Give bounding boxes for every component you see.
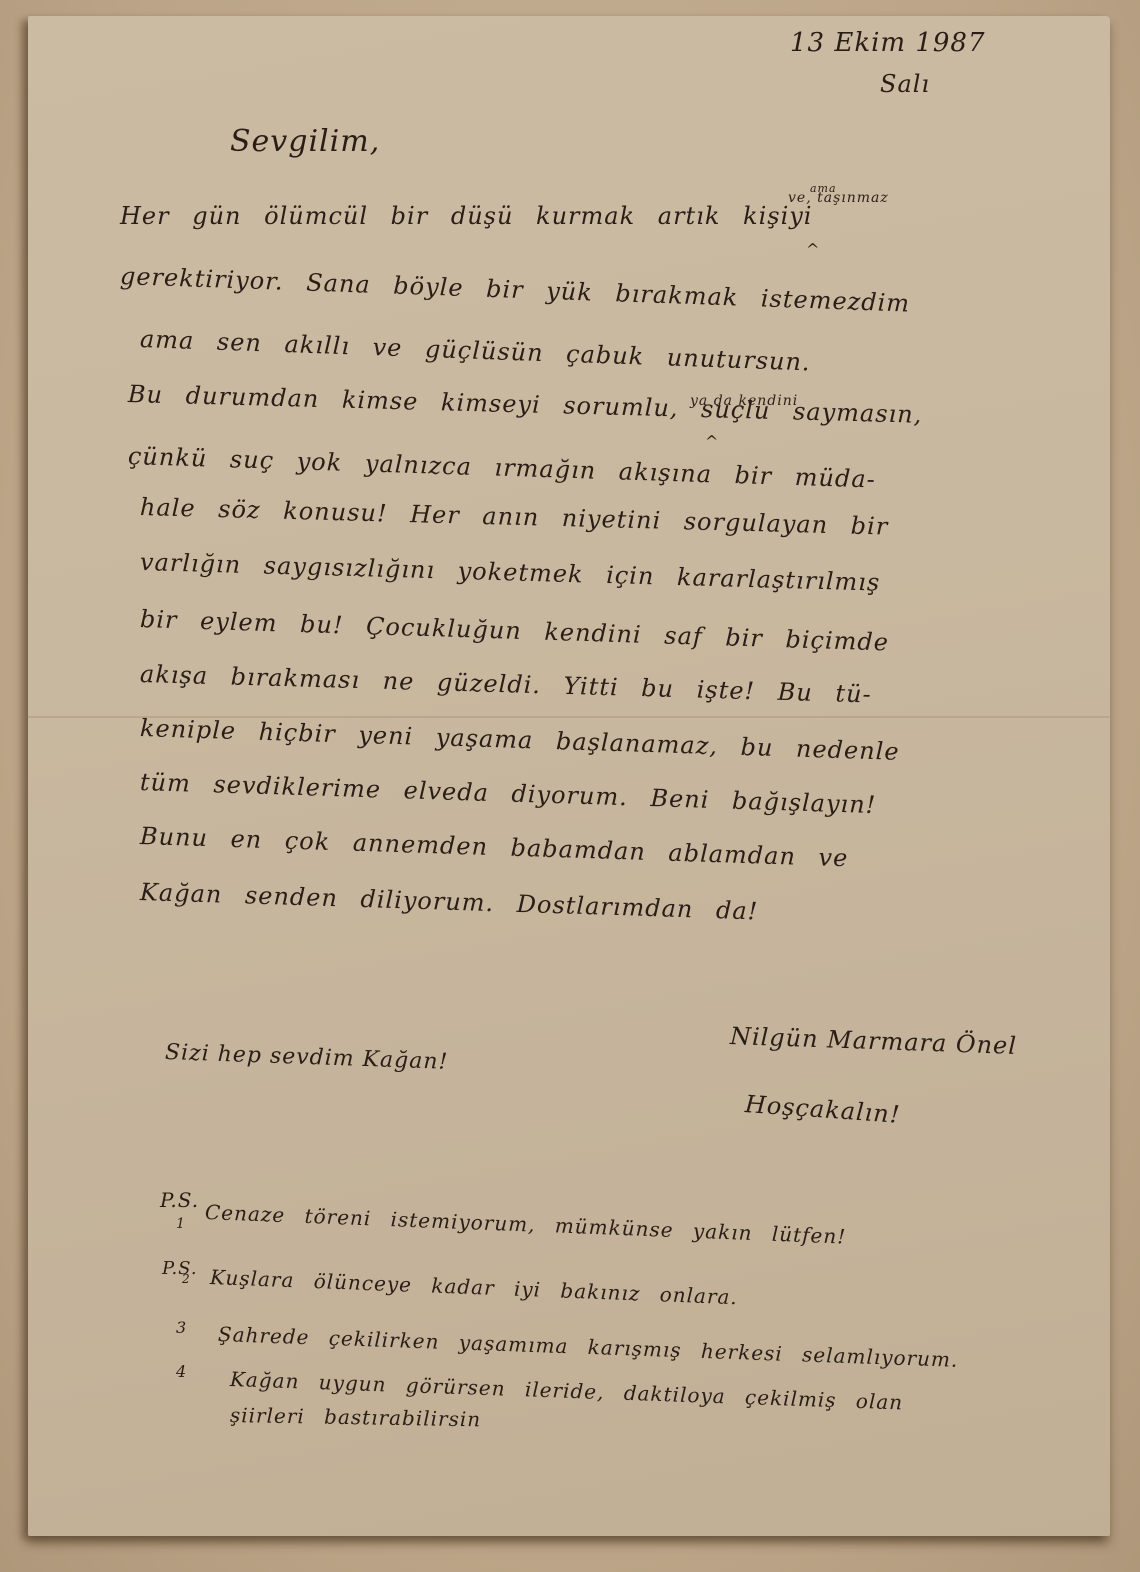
ps-number-1: 1 bbox=[176, 1216, 186, 1232]
insertion-caret-1: ^ bbox=[806, 240, 820, 259]
ps-number-3: 3 bbox=[176, 1318, 187, 1337]
letter-date: 13 Ekim 1987 bbox=[790, 28, 986, 58]
ps-label-2: P.S. bbox=[162, 1258, 198, 1279]
postscript-4-continuation: şiirleri bastırabilirsin bbox=[230, 1403, 482, 1431]
ps-number-2: 2 bbox=[182, 1272, 191, 1286]
ps-number-4: 4 bbox=[176, 1362, 187, 1381]
body-line-1: Her gün ölümcül bir düşü kurmak artık ki… bbox=[120, 202, 812, 230]
salutation: Sevgilim, bbox=[230, 124, 380, 159]
letter-day: Salı bbox=[880, 70, 930, 98]
insertion-caret-2: ^ bbox=[705, 432, 719, 451]
ps-label-1: P.S. bbox=[160, 1188, 199, 1212]
